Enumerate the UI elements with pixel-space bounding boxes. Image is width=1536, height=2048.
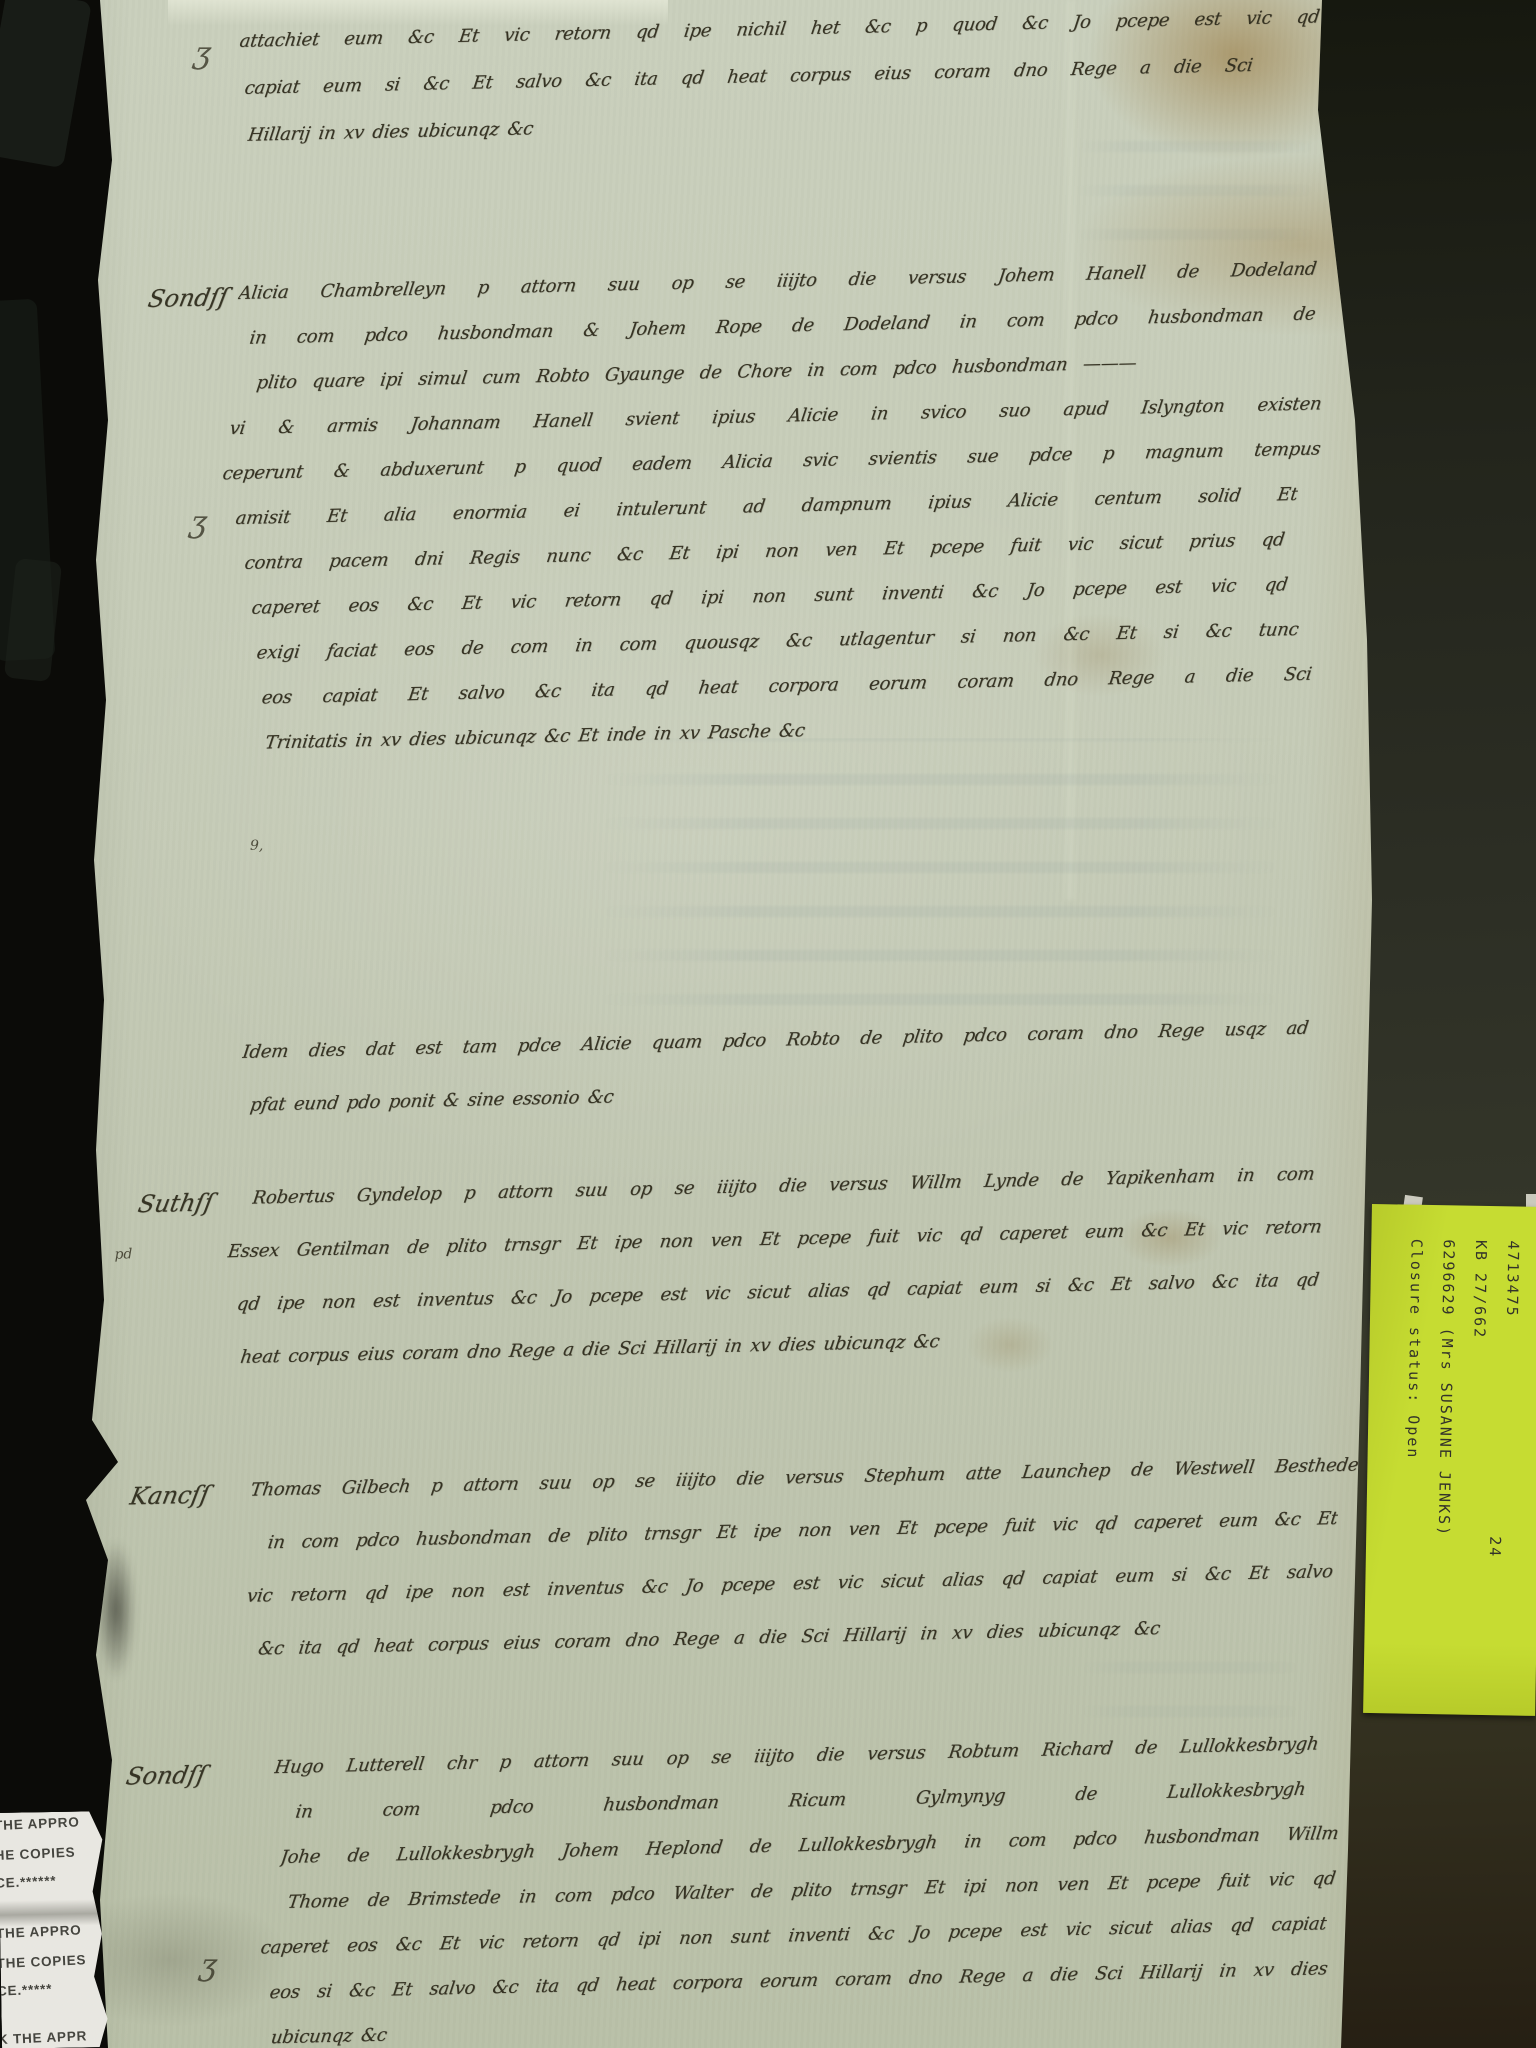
paragraph-mark: ʒ — [198, 1948, 220, 1983]
slip-text: CE.***** — [0, 1981, 53, 1998]
manuscript-line: &c ita qd heat corpus eius coram dno Reg… — [255, 1618, 1161, 1671]
manuscript-entry: SondſſHugo Lutterell chr p attorn suu op… — [235, 1733, 1315, 1758]
manuscript-line: eos capiat Et salvo &c ita qd heat corpo… — [259, 664, 1313, 720]
manuscript-line: capiat eum si &c Et salvo &c ita qd heat… — [242, 55, 1254, 110]
slip-text: CE.****** — [0, 1873, 57, 1891]
manuscript-entry: SuthſſpdRobertus Gyndelop p attorn suu o… — [235, 1163, 1315, 1188]
slip-text: THE COPIES — [0, 1952, 87, 1971]
manuscript-line: caperet eos &c Et vic retorn qd ipi non … — [249, 574, 1289, 630]
slip-text: HE COPIES — [0, 1845, 76, 1864]
parchment-tear-shadow — [96, 1540, 136, 1680]
slip-text: K THE APPR — [0, 2028, 87, 2047]
manuscript-line: plito quare ipi simul cum Robto Gyaunge … — [254, 353, 1138, 405]
manuscript-line: in com pdco husbondman & Johem Rope de D… — [247, 303, 1317, 359]
marginal-note: pd — [114, 1246, 132, 1262]
manuscript-line: Thomas Gilbech p attorn suu op se iiijto… — [248, 1454, 1360, 1511]
county-marginal: Sondſſ — [146, 283, 231, 313]
paragraph-mark: ʒ — [192, 36, 214, 71]
manuscript-line: contra pacem dni Regis nunc &c Et ipi no… — [242, 529, 1286, 585]
manuscript-line: Hillarij in xv dies ubicunqz &c — [247, 118, 535, 146]
manuscript-line: exigi faciat eos de com in com quousqz &… — [254, 619, 1300, 675]
county-marginal: Suthſſ — [136, 1188, 216, 1218]
manuscript-line: ipe non ven Et pcepe fuit vic qd — [628, 0, 1322, 7]
manuscript-line: pfat eund pdo ponit & sine essonio &c — [249, 1086, 615, 1115]
photograph: ipe non ven Et pcepe fuit vic qdattachie… — [0, 0, 1536, 2048]
county-marginal: Sondſſ — [124, 1761, 209, 1791]
county-marginal: Kancſſ — [128, 1481, 212, 1511]
printed-slip: THE APPRO HE COPIES CE.****** THE APPRO … — [0, 1811, 108, 2048]
manuscript-line: heat corpus eius coram dno Rege a die Sc… — [239, 1331, 941, 1368]
slip-text: THE APPRO — [0, 1922, 82, 1941]
paper-fragment — [0, 0, 92, 168]
manuscript-line: in com pdco husbondman de plito trnsgr E… — [265, 1508, 1339, 1564]
manuscript-line: vic retorn qd ipe non est inventus &c Jo… — [244, 1561, 1334, 1618]
manuscript-line: Hugo Lutterell chr p attorn suu op se ii… — [272, 1733, 1320, 1789]
ink-showthrough — [1075, 138, 1315, 273]
manuscript-entry: KancſſThomas Gilbech p attorn suu op se … — [235, 1455, 1315, 1480]
manuscript-line: eos si &c Et salvo &c ita qd heat corpor… — [267, 1958, 1329, 2014]
slip-text: THE APPRO — [0, 1814, 80, 1833]
manuscript-line: Robertus Gyndelop p attorn suu op se iii… — [250, 1163, 1316, 1219]
parchment-page: ipe non ven Et pcepe fuit vic qdattachie… — [0, 0, 1536, 2048]
manuscript-line: qd ipe non est inventus &c Jo pcepe est … — [234, 1269, 1320, 1326]
manuscript-line: in com pdco husbondman Ricum Gylmynyg de… — [293, 1779, 1307, 1834]
manuscript-line: ubicunqz &c — [270, 2025, 389, 2048]
manuscript-line: Essex Gentilman de plito trnsgr Et ipe n… — [225, 1216, 1323, 1273]
manuscript-line: Thome de Brimstede in com pdco Walter de… — [285, 1868, 1337, 1924]
sticky-note: 4713475 KB 27/662 6296629 (Mrs SUSANNE J… — [1363, 1204, 1536, 1716]
stray-ink-mark: 9, — [250, 838, 263, 854]
sticky-note-text: 4713475 KB 27/662 6296629 (Mrs SUSANNE J… — [1375, 1238, 1529, 1708]
paragraph-mark: ʒ — [188, 505, 210, 540]
ink-showthrough — [600, 738, 1280, 1038]
note-page-number: 24 — [1486, 1536, 1504, 1558]
manuscript-entry: SondſſAlicia Chambrelleyn p attorn suu o… — [235, 258, 1315, 283]
